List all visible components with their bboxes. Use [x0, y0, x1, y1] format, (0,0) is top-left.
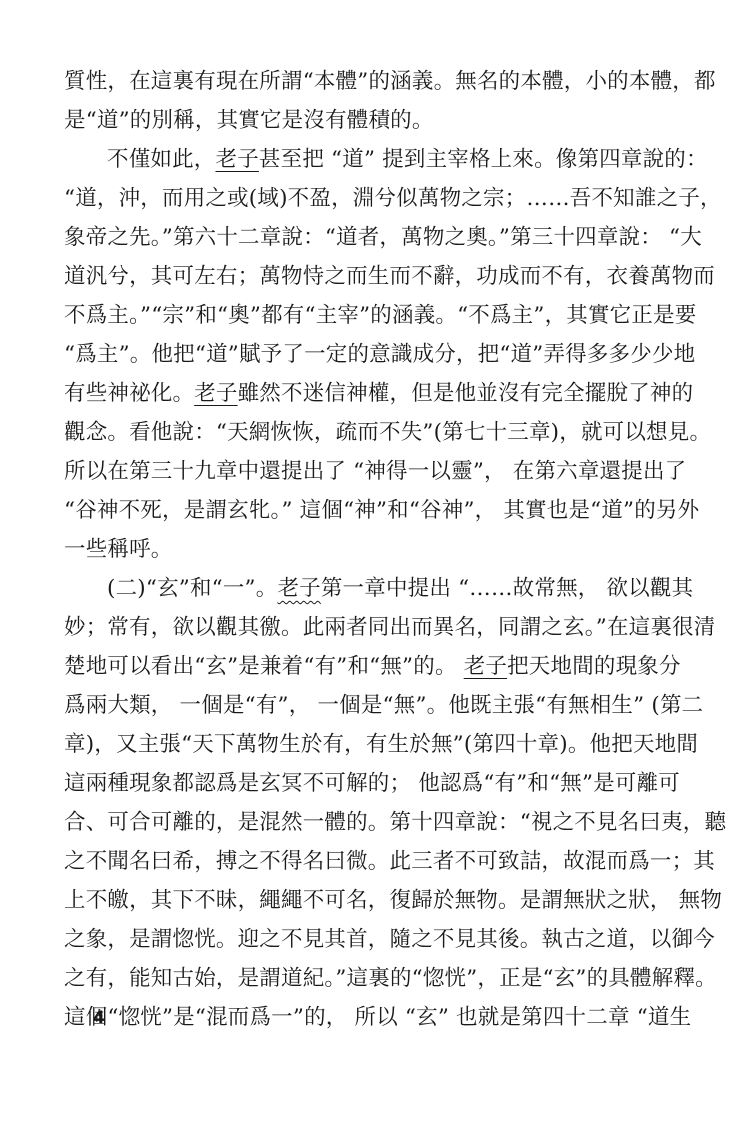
- book-title-mark: 老子: [277, 576, 320, 601]
- text-line: 一些稱呼。: [64, 530, 658, 569]
- text-line: 妙；常有，欲以觀其徼。此兩者同出而異名，同謂之玄。”在這裏很清: [64, 608, 658, 647]
- text-segment: 楚地可以看出“玄”是兼着“有”和“無”的。: [64, 654, 464, 679]
- text-line: 這個“惚恍”是“混而爲一”的， 所以 “玄” 也就是第四十二章 “道生: [64, 998, 658, 1037]
- text-line: 上不皦，其下不昧，繩繩不可名，復歸於無物。是謂無狀之狀， 無物: [64, 881, 658, 920]
- text-segment: 把天地間的現象分: [507, 654, 681, 679]
- page-number: 4: [93, 1008, 105, 1028]
- text-line: “谷神不死，是謂玄牝。” 這個“神”和“谷神”， 其實也是“道”的另外: [64, 491, 658, 530]
- text-line: 楚地可以看出“玄”是兼着“有”和“無”的。 老子把天地間的現象分: [64, 647, 658, 686]
- text-segment: 雖然不迷信神權，但是他並沒有完全擺脫了神的: [238, 381, 694, 406]
- text-line: 之不聞名曰希，搏之不得名曰微。此三者不可致詰，故混而爲一；其: [64, 842, 658, 881]
- text-line: 合、可合可離的，是混然一體的。第十四章說：“視之不見名曰夷，聽: [64, 803, 658, 842]
- text-line: 道汎兮，其可左右；萬物恃之而生而不辭，功成而不有，衣養萬物而: [64, 257, 658, 296]
- text-line: 章)，又主張“天下萬物生於有，有生於無”(第四十章)。他把天地間: [64, 725, 658, 764]
- book-page: 質性，在這裏有現在所謂“本體”的涵義。無名的本體，小的本體，都 是“道”的別稱，…: [0, 0, 756, 1122]
- text-segment: 第一章中提出 “……故常無， 欲以觀其: [321, 576, 693, 601]
- text-line: 之象，是謂惚恍。迎之不見其首，隨之不見其後。執古之道，以御今: [64, 920, 658, 959]
- proper-noun-mark: 老子: [194, 381, 237, 406]
- text-line: 這兩種現象都認爲是玄冥不可解的； 他認爲“有”和“無”是可離可: [64, 764, 658, 803]
- text-line: 不爲主。”“宗”和“奧”都有“主宰”的涵義。“不爲主”，其實它正是要: [64, 296, 658, 335]
- text-segment: 有些神祕化。: [64, 381, 194, 406]
- text-line-paragraph-start: 不僅如此，老子甚至把 “道” 提到主宰格上來。像第四章說的：: [64, 140, 658, 179]
- proper-noun-mark: 老子: [216, 147, 259, 172]
- text-line: 是“道”的別稱，其實它是沒有體積的。: [64, 101, 658, 140]
- text-line: 所以在第三十九章中還提出了 “神得一以靈”， 在第六章還提出了: [64, 452, 658, 491]
- text-line: “爲主”。他把“道”賦予了一定的意識成分，把“道”弄得多多少少地: [64, 335, 658, 374]
- text-line: “道，沖，而用之或(域)不盈，淵兮似萬物之宗；……吾不知誰之子，: [64, 179, 658, 218]
- text-line: 觀念。看他說：“天網恢恢，疏而不失”(第七十三章)，就可以想見。: [64, 413, 658, 452]
- proper-noun-mark: 老子: [464, 654, 507, 679]
- text-line: 質性，在這裏有現在所謂“本體”的涵義。無名的本體，小的本體，都: [64, 62, 658, 101]
- text-line: 爲兩大類， 一個是“有”， 一個是“無”。他既主張“有無相生” (第二: [64, 686, 658, 725]
- text-line: 有些神祕化。老子雖然不迷信神權，但是他並沒有完全擺脫了神的: [64, 374, 658, 413]
- text-line: 象帝之先。”第六十二章說：“道者，萬物之奧。”第三十四章說： “大: [64, 218, 658, 257]
- text-segment: 甚至把 “道” 提到主宰格上來。像第四章說的：: [259, 147, 708, 172]
- text-line-paragraph-start: (二)“玄”和“一”。老子第一章中提出 “……故常無， 欲以觀其: [64, 569, 658, 608]
- text-segment: (二)“玄”和“一”。: [107, 576, 277, 601]
- text-line: 之有，能知古始，是謂道紀。”這裏的“惚恍”，正是“玄”的具體解釋。: [64, 959, 658, 998]
- text-segment: 不僅如此，: [107, 147, 216, 172]
- body-text: 質性，在這裏有現在所謂“本體”的涵義。無名的本體，小的本體，都 是“道”的別稱，…: [64, 62, 658, 1037]
